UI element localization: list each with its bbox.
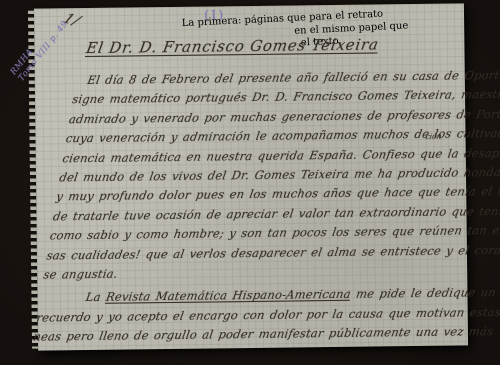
body-line: se angustia. (42, 260, 449, 284)
body-line: neas pero lleno de orgullo al poder mani… (32, 323, 439, 347)
manuscript-body: El día 8 de Febrero del presente año fal… (32, 66, 481, 347)
manuscript-page: 1/ RMHA Tomo VIII p. 49 (I) La primera: … (34, 3, 468, 350)
journal-name: Revista Matemática Hispano-Americana (105, 287, 352, 304)
scan-background: 1/ RMHA Tomo VIII p. 49 (I) La primera: … (0, 0, 500, 365)
archive-reference: RMHA Tomo VIII p. 49 (9, 13, 71, 84)
document-title: El Dr. D. Francisco Gomes Teixeira (85, 35, 380, 57)
journal-line-after: me pide le dedique un (350, 285, 497, 301)
